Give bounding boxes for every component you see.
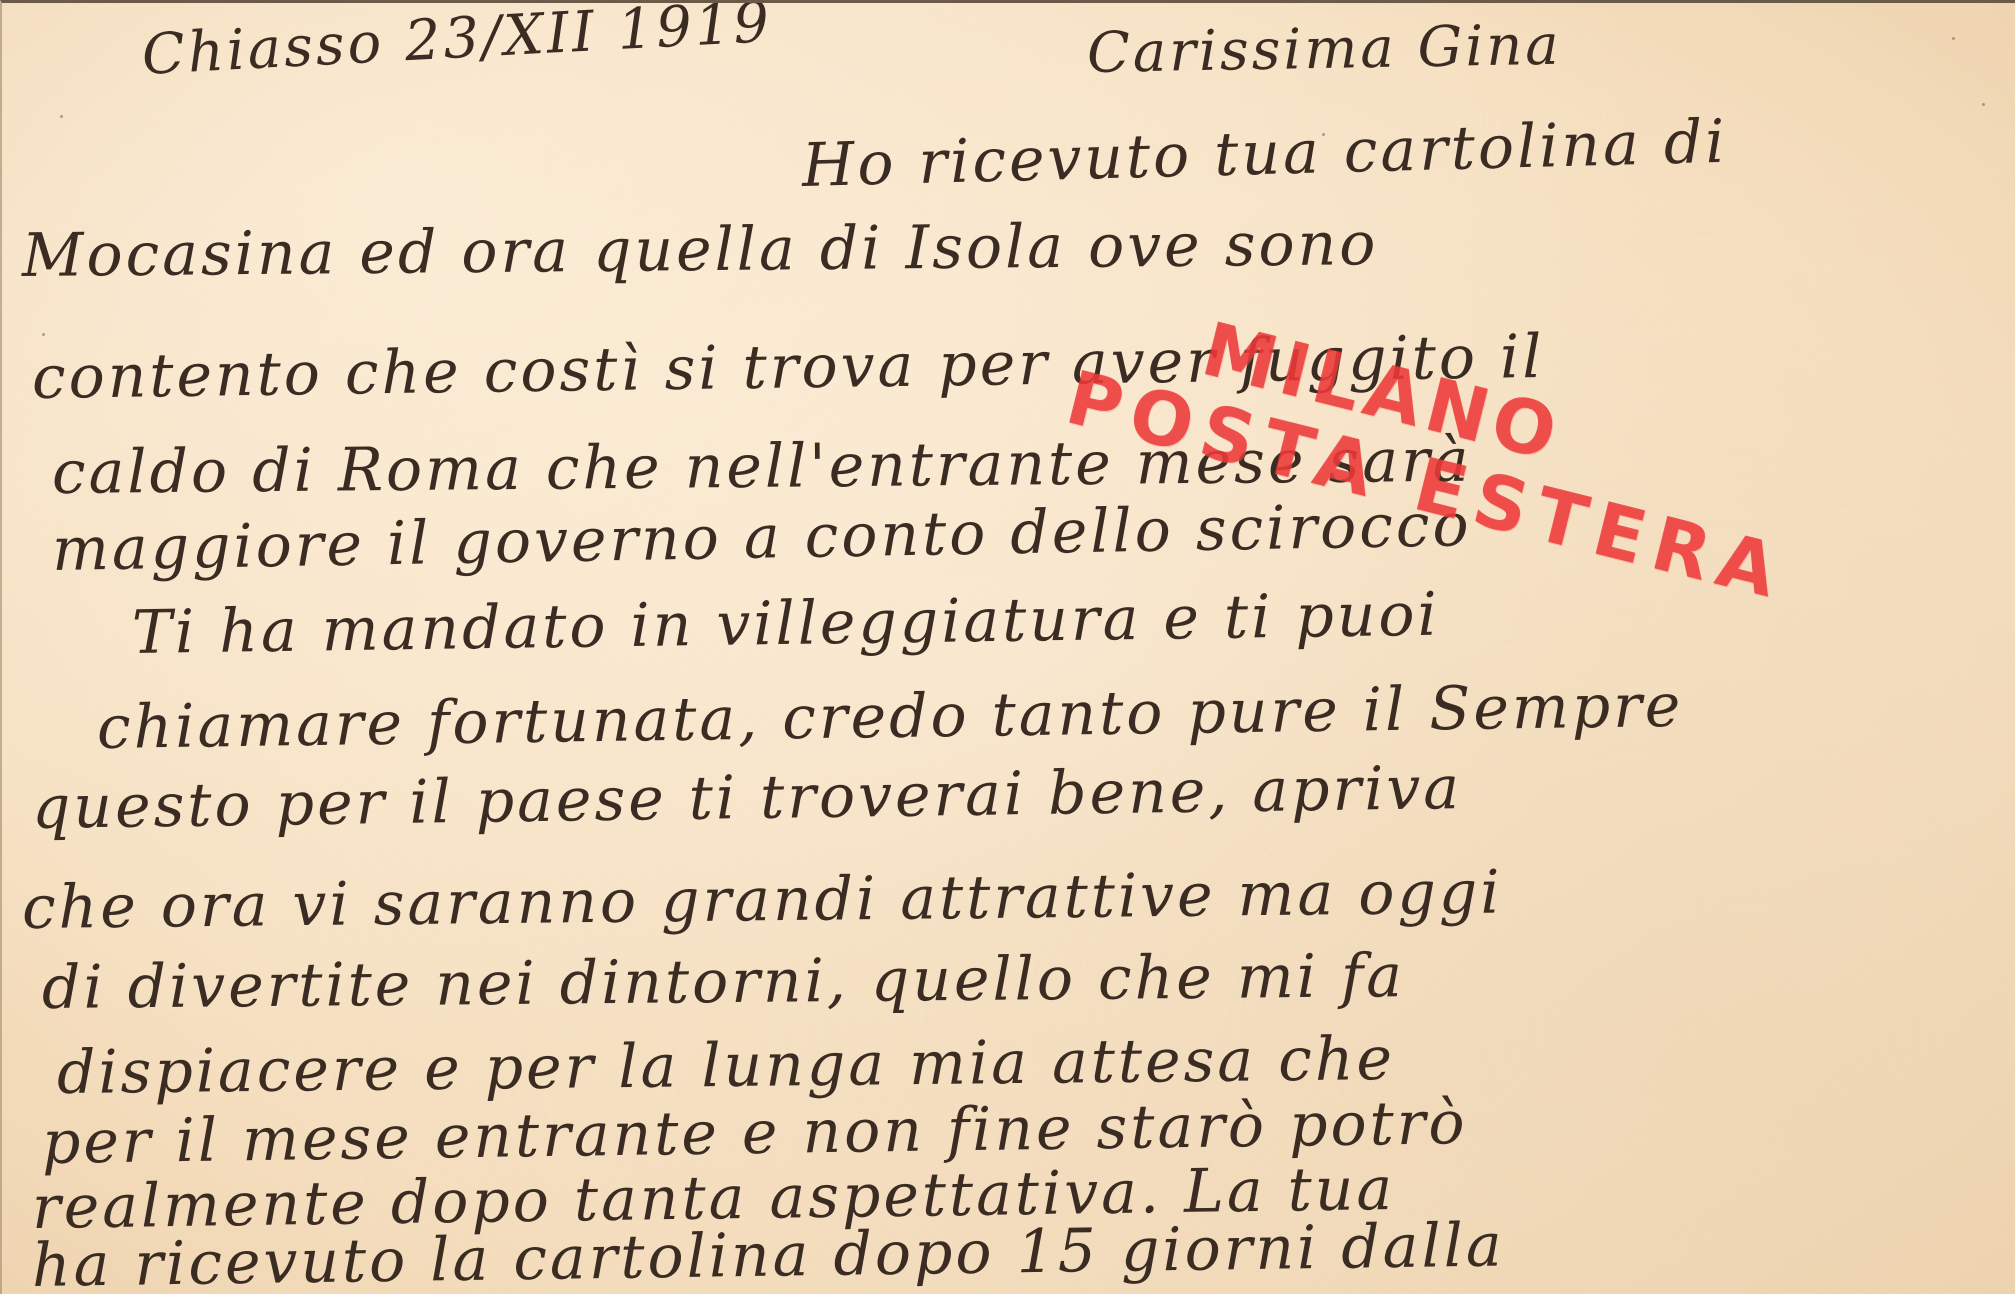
paper-speck [1982, 103, 1985, 106]
postcard: Chiasso 23/XII 1919 Carissima Gina Ho ri… [0, 0, 2015, 1294]
body-line-8: questo per il paese ti troverai bene, ap… [32, 753, 1463, 843]
body-line-1: Ho ricevuto tua cartolina di [801, 107, 1728, 201]
place-date: Chiasso 23/XII 1919 [140, 0, 773, 88]
paper-speck [1952, 37, 1955, 40]
paper-speck [42, 333, 45, 336]
body-line-7: chiamare fortunata, credo tanto pure il … [97, 671, 1684, 763]
paper-speck [60, 115, 63, 118]
body-line-3: contento che costì si trova per aver fug… [32, 322, 1545, 413]
body-line-10: di divertite nei dintorni, quello che mi… [42, 941, 1406, 1023]
body-line-9: che ora vi saranno grandi attrattive ma … [22, 857, 1503, 942]
greeting: Carissima Gina [1086, 13, 1562, 86]
body-line-6: Ti ha mandato in villeggiatura e ti puoi [132, 580, 1441, 668]
body-line-2: Mocasina ed ora quella di Isola ove sono [22, 209, 1379, 291]
